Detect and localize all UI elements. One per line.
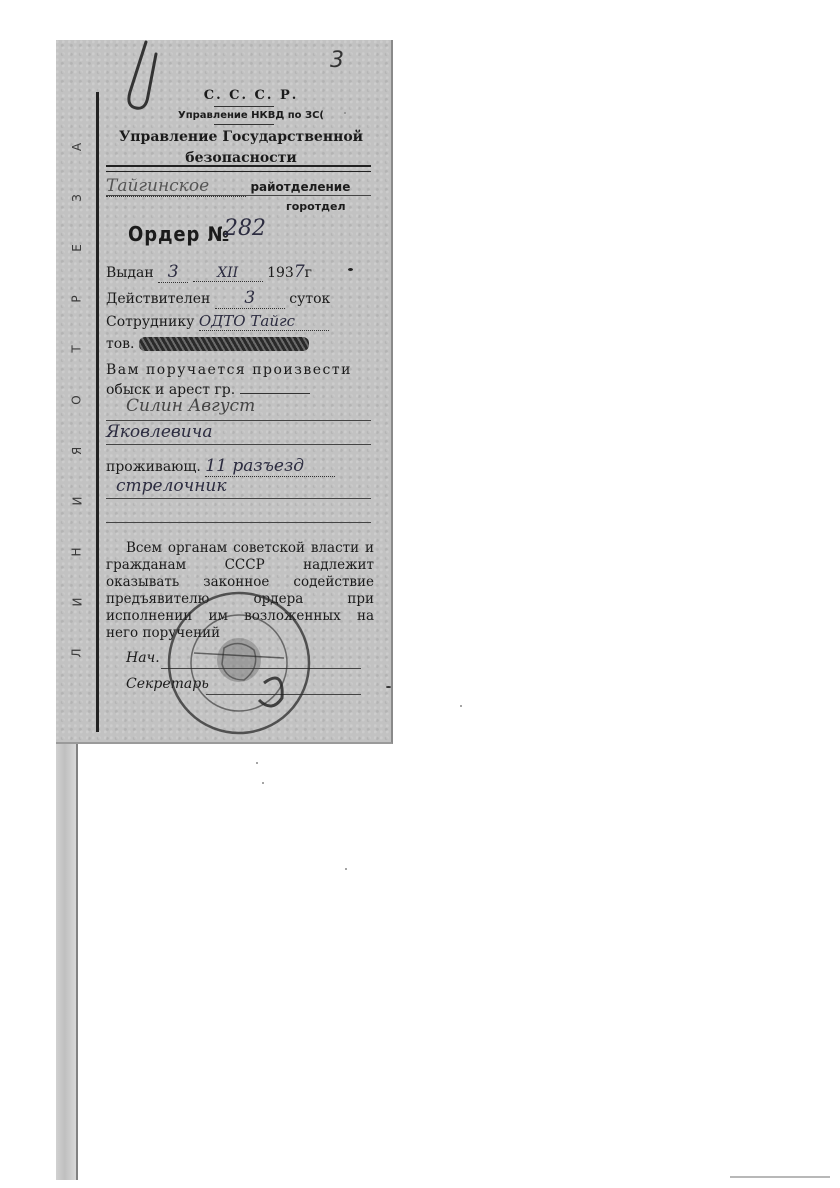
ugb-title-line1: Управление Государственной (106, 129, 376, 146)
ink-mark (386, 686, 391, 688)
cut-letter: Е (70, 244, 84, 252)
valid-label: Действителен (106, 291, 210, 307)
ink-mark (344, 112, 346, 114)
department-handwritten: Тайгинское (106, 176, 246, 197)
scan-speck (345, 868, 347, 870)
page-number: 3 (330, 48, 344, 73)
scan-speck (262, 782, 264, 784)
cut-letter: И (70, 497, 84, 506)
header-double-rule (106, 165, 371, 172)
comrade-label: тов. (106, 336, 135, 352)
rule-line (106, 444, 371, 445)
issued-day: 3 (158, 262, 188, 283)
cut-letter: Н (70, 547, 84, 556)
employee-value: ОДТО Тайгс (199, 312, 329, 331)
cut-letter: Р (70, 295, 84, 302)
residence-row: проживающ. 11 разъезд (106, 456, 335, 477)
cut-line-divider (96, 92, 99, 732)
residence-label: проживающ. (106, 459, 201, 475)
arrest-warrant-card: 3 Л И Н И Я О Т Р Е З А С. С. С. Р. Упра… (56, 40, 393, 744)
residence-value-line2: стрелочник (116, 476, 227, 496)
chief-signature-label: Нач. (126, 650, 160, 666)
cut-letter: И (70, 598, 84, 607)
valid-row: Действителен 3 суток (106, 288, 330, 309)
department-city-label: горотдел (286, 200, 346, 213)
person-name-line1: Силин Август (126, 396, 255, 416)
issued-year-prefix: 193 (267, 265, 294, 281)
order-number: 282 (224, 216, 266, 241)
rule-line (106, 522, 371, 523)
scan-speck (256, 762, 258, 764)
cut-letter: З (70, 194, 84, 202)
employee-row: Сотруднику ОДТО Тайгс (106, 312, 329, 331)
issued-year-suffix: 7 (294, 262, 305, 282)
redacted-name-scribble (139, 337, 309, 351)
scan-speck (460, 705, 462, 707)
rule-line (106, 420, 371, 421)
rule-line (240, 393, 310, 394)
cut-letter: О (70, 395, 84, 404)
department-row: Тайгинское райотделение (106, 176, 350, 197)
issued-month: XII (193, 265, 263, 282)
rule-line (106, 498, 371, 499)
valid-value: 3 (215, 288, 285, 309)
issued-year-unit: г (305, 265, 312, 281)
cut-letter: А (70, 143, 84, 151)
valid-unit: суток (289, 291, 330, 307)
residence-value-line1: 11 разъезд (205, 456, 335, 477)
cut-letter: Я (70, 446, 84, 454)
country-title: С. С. С. Р. (126, 88, 376, 103)
issued-label: Выдан (106, 265, 154, 281)
comrade-row: тов. (106, 336, 309, 352)
issued-row: Выдан 3 XII 1937г (106, 262, 312, 283)
department-district-label: райотделение (250, 180, 350, 194)
official-seal-stamp-icon (164, 588, 314, 738)
scan-edge-mark (730, 1176, 830, 1178)
ink-mark (348, 268, 353, 271)
person-name-line2: Яковлевича (106, 422, 212, 442)
employee-label: Сотруднику (106, 314, 194, 330)
cut-letter: Л (70, 648, 84, 657)
cut-letter: Т (70, 346, 84, 353)
document-header: С. С. С. Р. Управление НКВД по ЗС( Управ… (106, 88, 376, 167)
header-rule (214, 124, 274, 125)
header-rule (214, 106, 274, 107)
rule-line (106, 195, 371, 196)
instruction-line1: Вам поручается произвести (106, 362, 352, 378)
order-title: Ордер № (128, 222, 230, 246)
nkvd-directorate: Управление НКВД по ЗС( (126, 110, 376, 121)
cut-line-label: Л И Н И Я О Т Р Е З А (64, 140, 90, 660)
